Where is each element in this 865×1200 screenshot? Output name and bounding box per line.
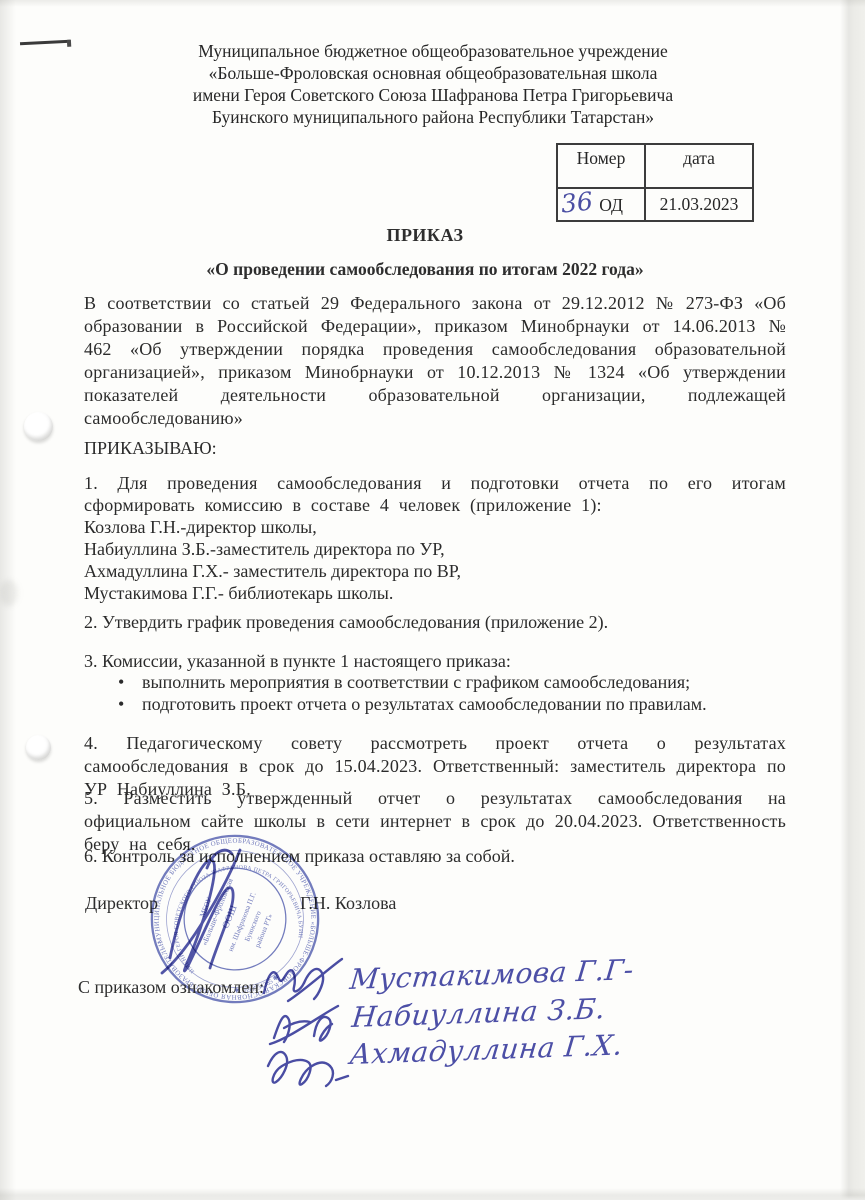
bullet-text-2: подготовить проект отчета о результатах … xyxy=(142,694,707,714)
committee-member-2: Набиуллина З.Б.-заместитель директора по… xyxy=(84,538,786,560)
order-keyword: ПРИКАЗЫВАЮ: xyxy=(84,437,217,460)
hole-punch-top xyxy=(24,412,53,441)
signature-scribble-3 xyxy=(262,1036,357,1088)
corner-pen-mark xyxy=(20,40,70,46)
bullet-text-1: выполнить мероприятия в соответствии с г… xyxy=(142,672,690,692)
order-date-cell: 21.03.2023 xyxy=(645,188,753,221)
number-date-table: Номер дата 36 ОД 21.03.2023 xyxy=(556,143,754,222)
order-number-suffix: ОД xyxy=(599,195,623,215)
order-item-3: 3. Комиссии, указанной в пункте 1 настоя… xyxy=(84,650,804,673)
scan-edge-bottom xyxy=(0,1188,865,1200)
scanned-order-document: Муниципальное бюджетное общеобразователь… xyxy=(0,0,865,1200)
order-item-1-text: 1. Для проведения самообследования и под… xyxy=(84,472,786,516)
org-header-line-4: Буинского муниципального района Республи… xyxy=(80,106,786,128)
table-header-row: Номер дата xyxy=(557,144,753,188)
bullet-item: •выполнить мероприятия в соответствии с … xyxy=(118,671,778,693)
committee-member-1: Козлова Г.Н.-директор школы, xyxy=(84,516,786,538)
preamble-paragraph: В соответствии со статьей 29 Федеральног… xyxy=(84,292,786,430)
handwritten-order-number: 36 xyxy=(560,192,594,213)
signer-name-2: Набиуллина З.Б. xyxy=(350,992,607,1034)
committee-member-4: Мустакимова Г.Г.- библиотекарь школы. xyxy=(84,582,786,604)
org-header-line-1: Муниципальное бюджетное общеобразователь… xyxy=(80,40,786,62)
organization-header: Муниципальное бюджетное общеобразователь… xyxy=(80,40,786,128)
number-column-header: Номер xyxy=(557,144,645,188)
org-header-line-2: «Больше-Фроловская основная общеобразова… xyxy=(80,62,786,84)
scan-edge-top xyxy=(0,0,865,7)
order-item-2: 2. Утвердить график проведения самообсле… xyxy=(84,611,804,634)
order-item-3-bullets: •выполнить мероприятия в соответствии с … xyxy=(118,671,778,715)
signer-name-3: Ахмадуллина Г.Х. xyxy=(348,1028,624,1071)
scan-smudge xyxy=(0,580,18,606)
hole-punch-bottom xyxy=(26,735,51,760)
scan-edge-right xyxy=(840,0,865,1200)
signer-name-1: Мустакимова Г.Г- xyxy=(348,953,635,996)
bullet-dot-icon: • xyxy=(118,693,142,715)
date-column-header: дата xyxy=(645,144,753,188)
bullet-dot-icon: • xyxy=(118,671,142,693)
document-title: ПРИКАЗ xyxy=(80,225,770,246)
bullet-item: •подготовить проект отчета о результатах… xyxy=(118,693,778,715)
committee-member-3: Ахмадуллина Г.Х.- заместитель директора … xyxy=(84,560,786,582)
document-subject: «О проведении самообследования по итогам… xyxy=(80,259,770,280)
table-value-row: 36 ОД 21.03.2023 xyxy=(557,188,753,221)
org-header-line-3: имени Героя Советского Союза Шафранова П… xyxy=(80,84,786,106)
order-item-1: 1. Для проведения самообследования и под… xyxy=(84,472,786,604)
acknowledgement-label: С приказом ознакомлен: xyxy=(78,977,264,998)
order-number-cell: 36 ОД xyxy=(557,188,645,221)
